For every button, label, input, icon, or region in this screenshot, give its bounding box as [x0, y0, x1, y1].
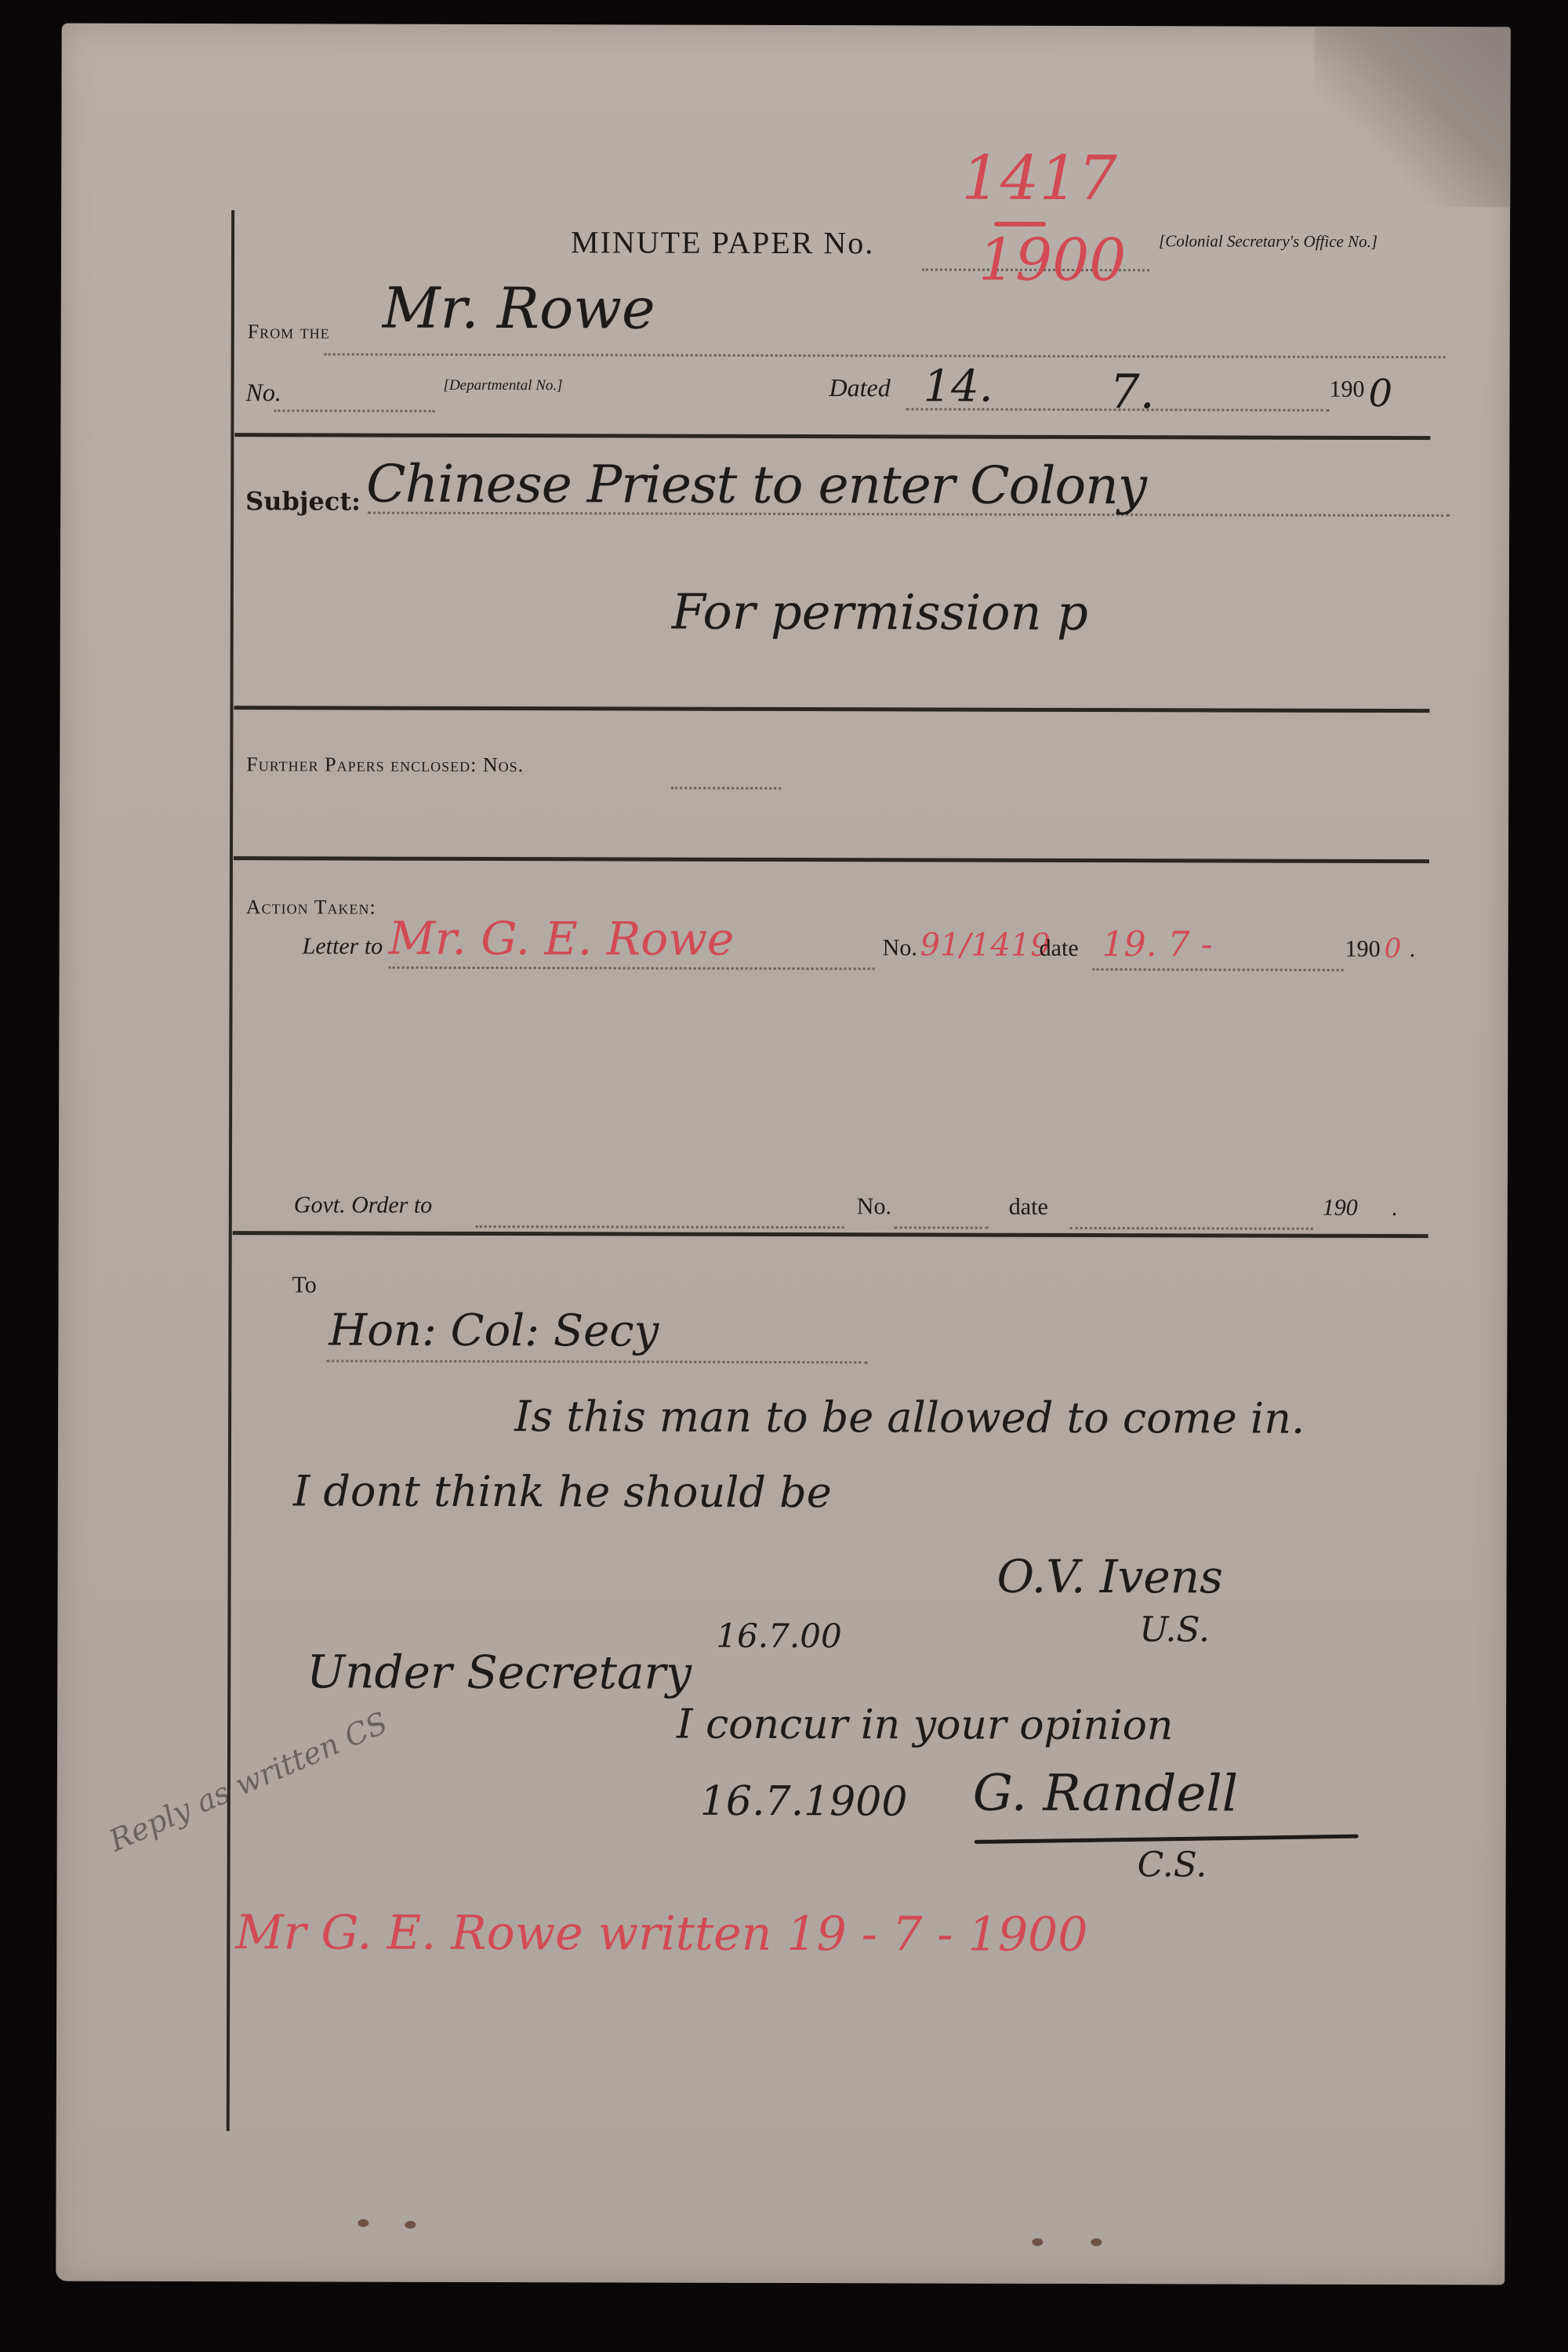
to-label: To [292, 1272, 317, 1298]
red-written-note: Mr G. E. Rowe written 19 - 7 - 1900 [235, 1905, 1087, 1962]
dated-day: 14. [923, 361, 993, 412]
letter-to-value: Mr. G. E. Rowe [389, 912, 735, 966]
minute-line-1: Is this man to be allowed to come in. [514, 1392, 1305, 1443]
action-taken-label: Action Taken: [246, 895, 376, 919]
govt-date-label: date [1009, 1194, 1048, 1221]
form-title: MINUTE PAPER No. [571, 223, 874, 261]
departmental-note: [Departmental No.] [444, 377, 563, 394]
dated-year-suffix: 0 [1368, 372, 1392, 416]
folded-corner [1314, 27, 1511, 208]
rust-stain [1032, 2238, 1043, 2246]
subject-line-2: For permission p [672, 583, 1088, 641]
signature-2-title: C.S. [1138, 1845, 1207, 1885]
dated-year-prefix: 190 [1330, 376, 1365, 403]
concur-text: I concur in your opinion [677, 1701, 1173, 1750]
dated-month: 7. [1109, 365, 1154, 419]
under-secretary: Under Secretary [307, 1645, 691, 1699]
govt-no-line [895, 1218, 989, 1232]
letter-date-label: date [1040, 935, 1079, 962]
date-1: 16.7.00 [716, 1617, 841, 1655]
letter-date-value: 19. 7 - [1102, 924, 1213, 964]
from-label: From the [248, 320, 330, 343]
govt-no-label: No. [857, 1193, 891, 1220]
margin-rule [227, 210, 234, 2131]
dated-label: Dated [829, 373, 891, 402]
signature-1-title: U.S. [1139, 1610, 1210, 1650]
office-note: [Colonial Secretary's Office No.] [1159, 231, 1377, 252]
departmental-no-line [274, 401, 434, 416]
govt-period: . [1392, 1195, 1398, 1221]
pencil-margin-note: Reply as written CS [104, 1705, 393, 1858]
section-rule-1 [234, 433, 1430, 440]
rust-stain [358, 2220, 368, 2227]
from-line [325, 345, 1446, 362]
subject-label: Subject: [245, 486, 361, 516]
minute-number-top: 1417 [961, 143, 1117, 215]
from-value: Mr. Rowe [383, 275, 655, 342]
minute-number-bottom: 1900 [978, 227, 1127, 294]
govt-date-line [1070, 1219, 1313, 1234]
section-rule-3 [234, 856, 1429, 863]
section-rule-2 [234, 706, 1429, 713]
further-papers-label: Further Papers enclosed: Nos. [246, 753, 524, 777]
letter-no-label: No. [883, 935, 917, 961]
letter-to-label: Letter to [303, 933, 383, 960]
addressee: Hon: Col: Secy [328, 1305, 659, 1356]
govt-order-label: Govt. Order to [294, 1192, 432, 1218]
signature-1: O.V. Ivens [997, 1550, 1224, 1604]
letter-no-value: 91/1419 [920, 927, 1051, 963]
govt-year: 190 [1323, 1195, 1358, 1221]
letter-period: . [1410, 936, 1416, 963]
further-papers-line [671, 779, 781, 793]
subject-line-1: Chinese Priest to enter Colony [366, 454, 1146, 517]
date-2: 16.7.1900 [700, 1778, 908, 1826]
letter-year-suffix: 0 [1385, 933, 1402, 964]
signature-2-underline [975, 1835, 1359, 1844]
minute-paper-document: MINUTE PAPER No. 1417 1900 [Colonial Sec… [56, 24, 1511, 2285]
rust-stain [1091, 2238, 1102, 2246]
signature-2: G. Randell [973, 1765, 1239, 1824]
letter-year-prefix: 190 [1345, 936, 1381, 963]
govt-order-line [476, 1218, 844, 1232]
rust-stain [405, 2221, 416, 2229]
minute-line-2: I dont think he should be [293, 1466, 832, 1517]
